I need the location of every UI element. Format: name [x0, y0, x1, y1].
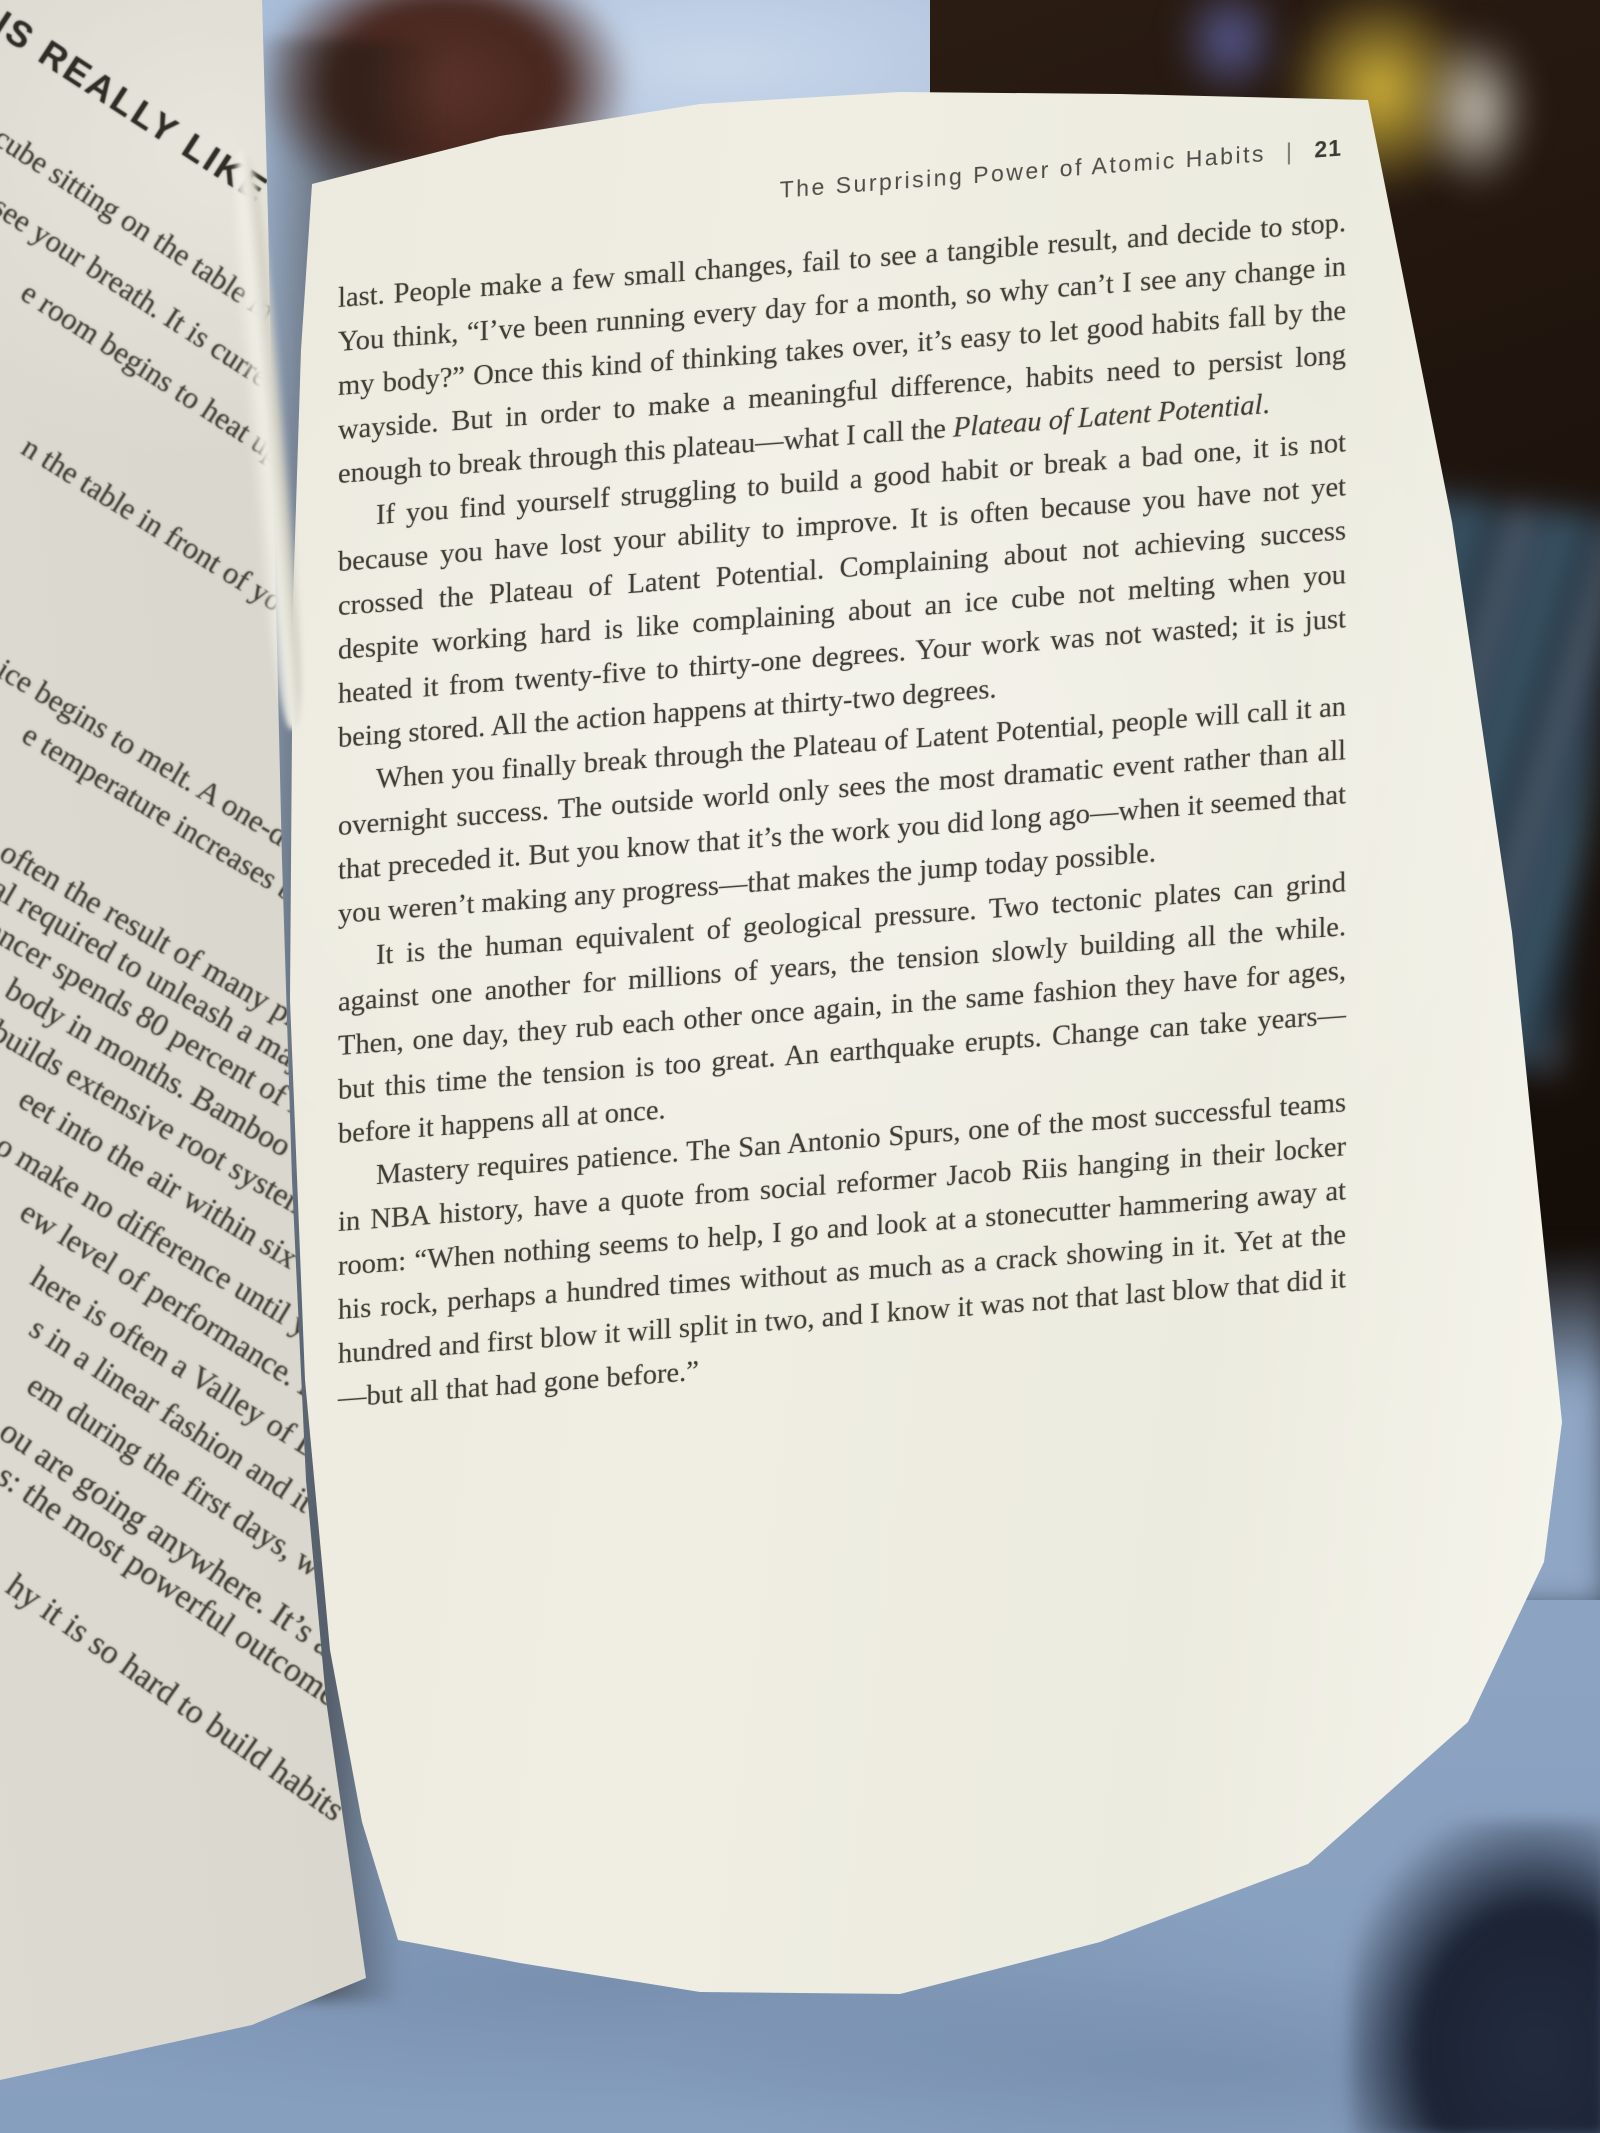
right-page-content: The Surprising Power of Atomic Habits | … [338, 134, 1346, 1421]
running-header-divider: | [1286, 138, 1294, 166]
paragraph-text: . [1262, 389, 1269, 421]
book-photo: RESS IS REALLY LIKE cube sitting on the … [0, 0, 1600, 2133]
page-body-text: last. People make a few small changes, f… [338, 201, 1346, 1421]
dark-corner-shadow [1350, 1820, 1600, 2133]
page-number: 21 [1314, 135, 1342, 164]
running-header-title: The Surprising Power of Atomic Habits [780, 140, 1266, 204]
bookshelf-blur-white [1400, 0, 1550, 220]
